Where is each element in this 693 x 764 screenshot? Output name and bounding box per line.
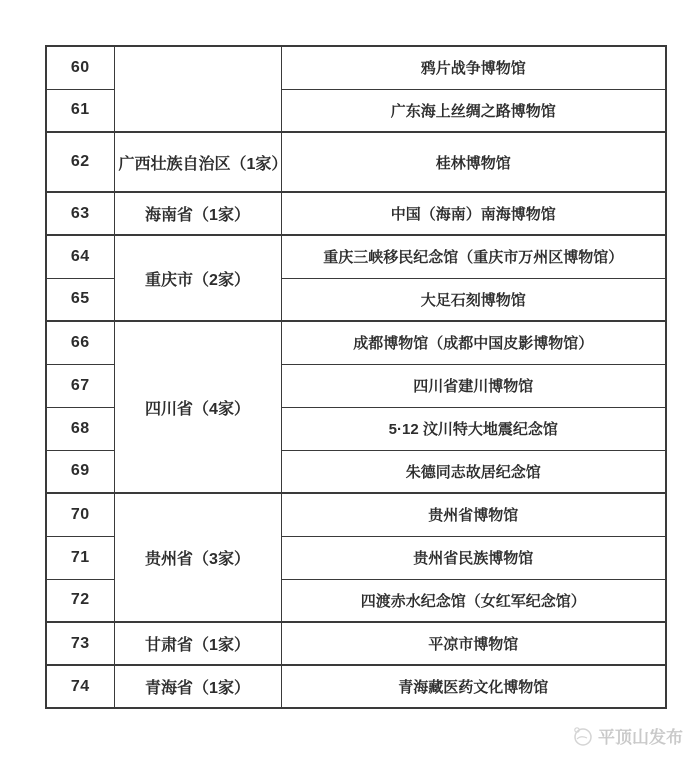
- watermark-text: 平顶山发布: [598, 723, 683, 748]
- museum-cell: 5·12 汶川特大地震纪念馆: [281, 407, 666, 450]
- province-cell: 甘肃省（1家）: [114, 622, 281, 665]
- museum-cell: 贵州省民族博物馆: [281, 536, 666, 579]
- table-row: 66 四川省（4家） 成都博物馆（成都中国皮影博物馆）: [46, 321, 666, 364]
- province-cell: 青海省（1家）: [114, 665, 281, 708]
- museum-cell: 四川省建川博物馆: [281, 364, 666, 407]
- province-cell: 重庆市（2家）: [114, 235, 281, 321]
- table-row: 73 甘肃省（1家） 平凉市博物馆: [46, 622, 666, 665]
- museum-cell: 平凉市博物馆: [281, 622, 666, 665]
- museum-cell: 广东海上丝绸之路博物馆: [281, 89, 666, 132]
- museum-cell: 鸦片战争博物馆: [281, 46, 666, 89]
- row-number-cell: 73: [46, 622, 114, 665]
- province-cell: 四川省（4家）: [114, 321, 281, 493]
- row-number-cell: 69: [46, 450, 114, 493]
- row-number-cell: 62: [46, 132, 114, 192]
- museum-cell: 中国（海南）南海博物馆: [281, 192, 666, 235]
- row-number-cell: 64: [46, 235, 114, 278]
- table-row: 60 鸦片战争博物馆: [46, 46, 666, 89]
- province-cell: 广西壮族自治区（1家）: [114, 132, 281, 192]
- province-cell: [114, 46, 281, 132]
- table-row: 74 青海省（1家） 青海藏医药文化博物馆: [46, 665, 666, 708]
- museum-cell: 大足石刻博物馆: [281, 278, 666, 321]
- museum-cell: 四渡赤水纪念馆（女红军纪念馆）: [281, 579, 666, 622]
- museum-cell: 成都博物馆（成都中国皮影博物馆）: [281, 321, 666, 364]
- row-number-cell: 71: [46, 536, 114, 579]
- row-number-cell: 61: [46, 89, 114, 132]
- watermark: 平顶山发布: [571, 723, 683, 748]
- row-number-cell: 68: [46, 407, 114, 450]
- row-number-cell: 70: [46, 493, 114, 536]
- row-number-cell: 72: [46, 579, 114, 622]
- row-number-cell: 63: [46, 192, 114, 235]
- watermark-logo-icon: [571, 725, 593, 747]
- table-row: 62 广西壮族自治区（1家） 桂林博物馆: [46, 132, 666, 192]
- museum-cell: 桂林博物馆: [281, 132, 666, 192]
- museum-cell: 朱德同志故居纪念馆: [281, 450, 666, 493]
- museum-cell: 青海藏医药文化博物馆: [281, 665, 666, 708]
- museum-table: 60 鸦片战争博物馆 61 广东海上丝绸之路博物馆 62 广西壮族自治区（1家）…: [45, 45, 667, 709]
- museum-cell: 贵州省博物馆: [281, 493, 666, 536]
- row-number-cell: 66: [46, 321, 114, 364]
- row-number-cell: 67: [46, 364, 114, 407]
- table-row: 70 贵州省（3家） 贵州省博物馆: [46, 493, 666, 536]
- row-number-cell: 74: [46, 665, 114, 708]
- table-row: 64 重庆市（2家） 重庆三峡移民纪念馆（重庆市万州区博物馆）: [46, 235, 666, 278]
- row-number-cell: 60: [46, 46, 114, 89]
- page: 60 鸦片战争博物馆 61 广东海上丝绸之路博物馆 62 广西壮族自治区（1家）…: [0, 0, 693, 764]
- row-number-cell: 65: [46, 278, 114, 321]
- province-cell: 贵州省（3家）: [114, 493, 281, 622]
- museum-cell: 重庆三峡移民纪念馆（重庆市万州区博物馆）: [281, 235, 666, 278]
- table-row: 63 海南省（1家） 中国（海南）南海博物馆: [46, 192, 666, 235]
- province-cell: 海南省（1家）: [114, 192, 281, 235]
